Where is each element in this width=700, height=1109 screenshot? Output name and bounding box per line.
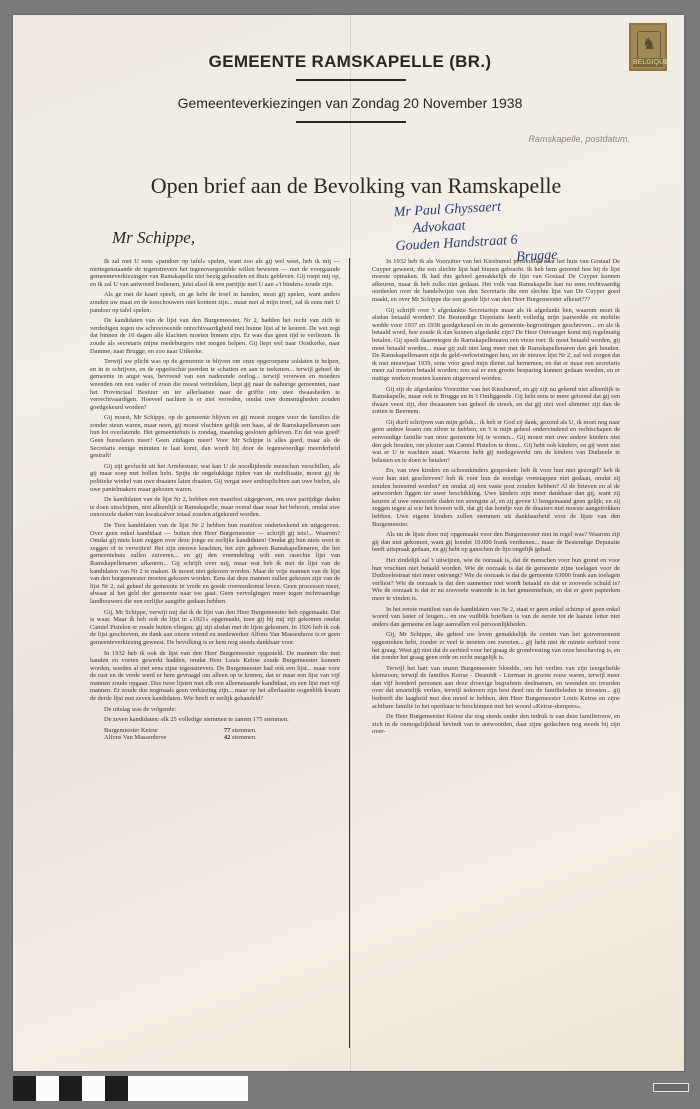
salutation: Mr Schippe, — [112, 228, 195, 248]
scale-block-white-wide — [128, 1076, 248, 1101]
vote-unit: stemmen. — [232, 727, 257, 735]
vote-unit: stemmen. — [232, 734, 257, 742]
municipality-title: GEMEENTE RAMSKAPELLE (BR.) — [0, 52, 700, 72]
letter-headline: Open brief aan de Bevolking van Ramskape… — [0, 173, 700, 199]
election-results: De zeven kandidaten: elk 25 volledige st… — [90, 716, 340, 742]
subtitle-divider — [296, 121, 406, 123]
paragraph: Gij zijt de afgedankte Voorzitter van he… — [372, 386, 620, 416]
paragraph: Gij moest, Mr Schippe, op de gemeente bl… — [90, 414, 340, 460]
result-row: Burgemeester Keirse 77 stemmen. — [90, 727, 340, 735]
paragraph: Gij, Mr Schippe, verwijt mij dat ik de l… — [90, 609, 340, 647]
paragraph: Het zindelijk zal 't uitwijzen, wie de o… — [372, 557, 620, 603]
scale-block-black — [13, 1076, 36, 1101]
left-column: Ik zal met U eens «pandoer op tafel» spe… — [90, 258, 340, 742]
paragraph: De Tien kandidaten van de lijst Nr 2 heb… — [90, 522, 340, 606]
paragraph: De Heer Burgemeester Keirse die nog stee… — [372, 713, 620, 736]
paragraph: De kandidaten van de lijst Nr 2, hebben … — [90, 496, 340, 519]
paragraph: In 1932 heb ik ook de lijst van den Heer… — [90, 650, 340, 703]
scale-block-black — [105, 1076, 128, 1101]
paragraph: Terwijl het hart van onzen Burgemeester … — [372, 665, 620, 711]
place-date: Ramskapelle, postdatum. — [528, 134, 630, 144]
right-column: In 1932 heb ik als Voorzitter van het Ki… — [372, 258, 620, 739]
candidate-name: Alfons Van Massenhove — [104, 734, 224, 742]
scale-block-white — [82, 1076, 105, 1101]
paragraph: In het eerste manifest van de kandidaten… — [372, 606, 620, 629]
paragraph: Gij schrijft over 't afgedankte Secretar… — [372, 307, 620, 383]
paragraph: Gij zijt gevlucht uit het Armbestuur, wa… — [90, 463, 340, 493]
column-divider — [349, 258, 350, 1048]
scale-block-black — [59, 1076, 82, 1101]
paragraph: En, van uwe kinders en schoonkinders ges… — [372, 467, 620, 528]
result-row: Alfons Van Massenhove 42 stemmen. — [90, 734, 340, 742]
paragraph: De uitslag was de volgende: — [90, 706, 340, 714]
results-summary: De zeven kandidaten: elk 25 volledige st… — [90, 716, 340, 724]
vote-count: 77 — [224, 727, 230, 735]
paragraph: De kandidaten van de lijst van den Burge… — [90, 317, 340, 355]
scale-block-white — [36, 1076, 59, 1101]
title-divider — [296, 79, 406, 81]
paragraph: Als ge met de kaart speelt, en ge hebt d… — [90, 291, 340, 314]
paragraph: Terwijl uw plicht was op de gemeente te … — [90, 358, 340, 411]
vote-count: 42 — [224, 734, 230, 742]
paragraph: Als nu de lijste door mij opgemaakt voor… — [372, 531, 620, 554]
paragraph: Gij durft schrijven van mijn geluk... ik… — [372, 419, 620, 465]
scale-ruler-icon — [653, 1083, 689, 1092]
election-subtitle: Gemeenteverkiezingen van Zondag 20 Novem… — [0, 95, 700, 111]
paragraph: In 1932 heb ik als Voorzitter van het Ki… — [372, 258, 620, 304]
paragraph: Gij, Mr Schippe, die geheel uw leven gem… — [372, 631, 620, 661]
paragraph: Ik zal met U eens «pandoer op tafel» spe… — [90, 258, 340, 288]
grayscale-calibration-bar-icon — [13, 1076, 248, 1101]
candidate-name: Burgemeester Keirse — [104, 727, 224, 735]
